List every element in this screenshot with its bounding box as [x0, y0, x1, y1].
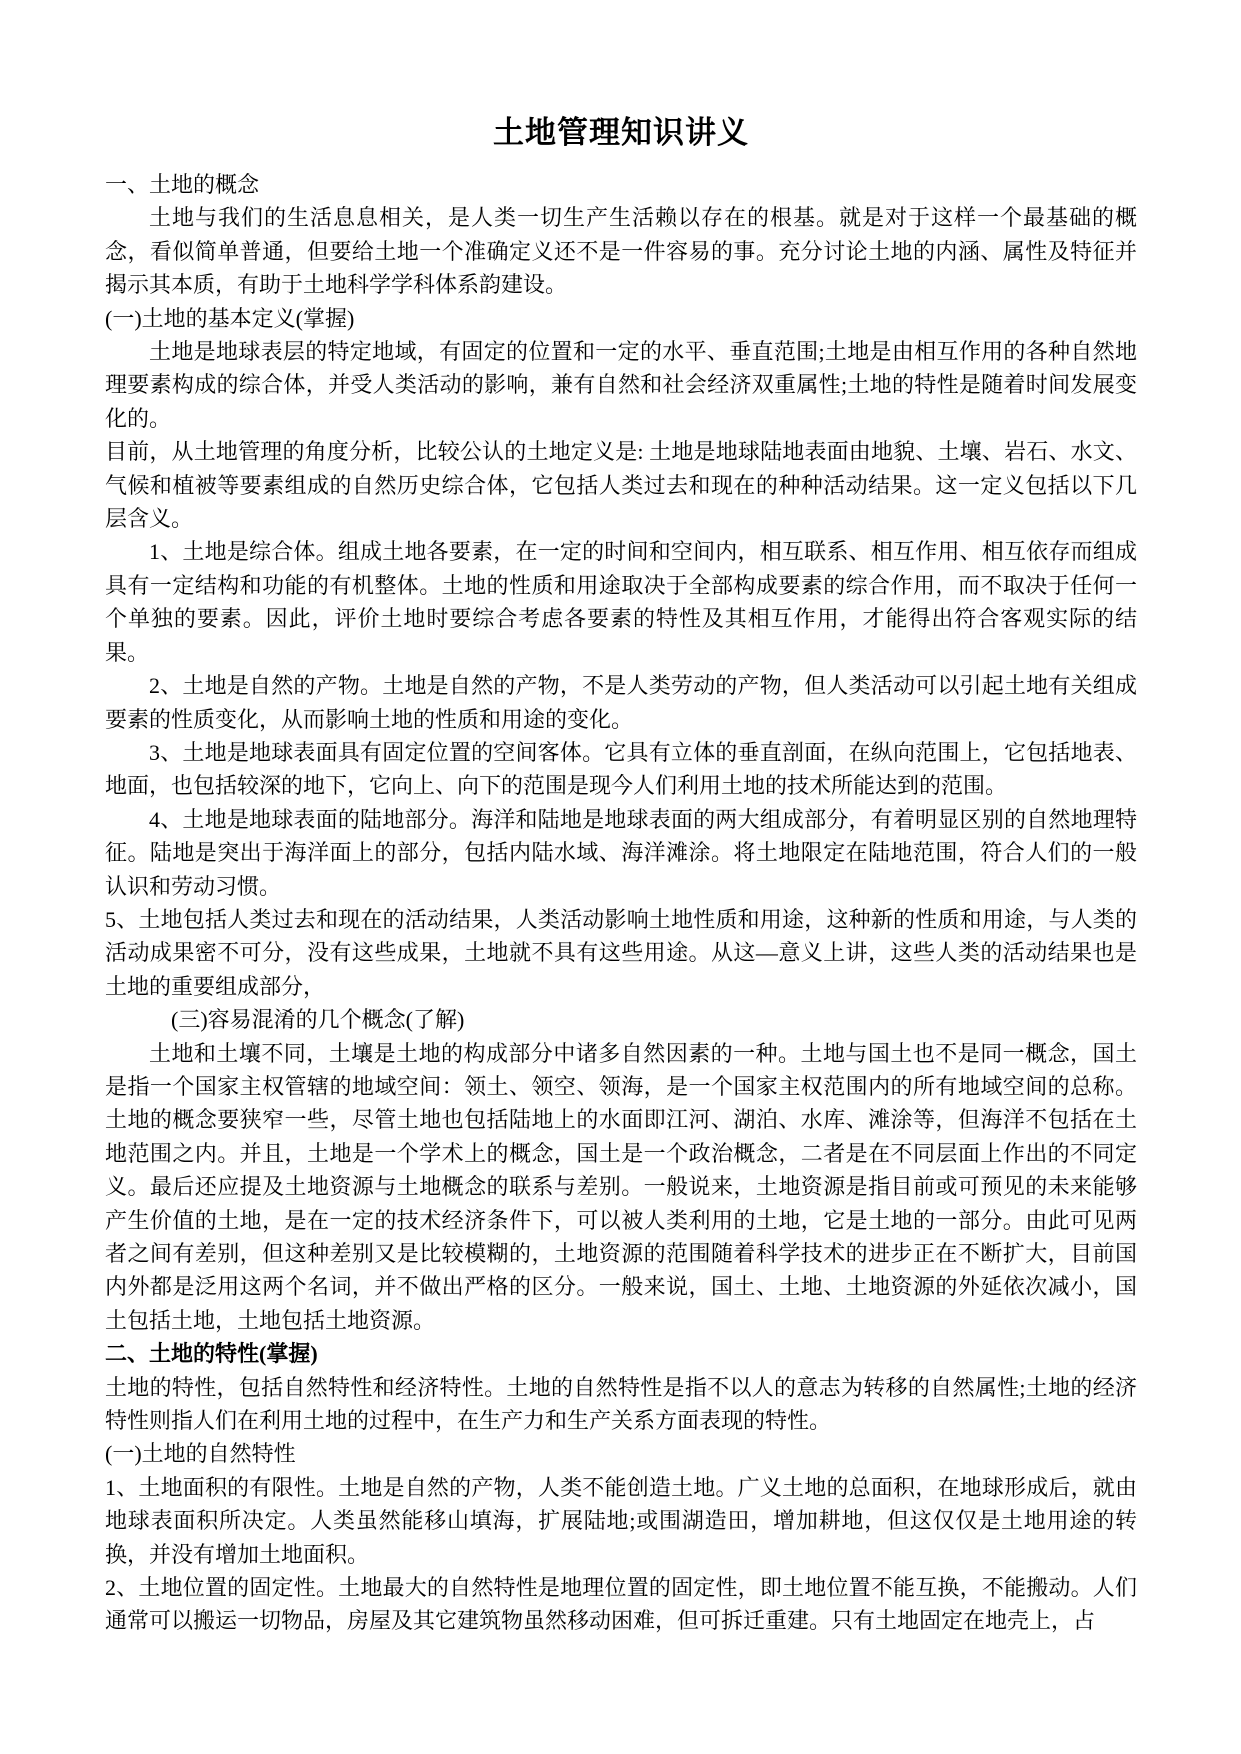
paragraph-3: 土地是地球表层的特定地域，有固定的位置和一定的水平、垂直范围;土地是由相互作用的… — [105, 335, 1137, 435]
paragraph-8: 4、土地是地球表面的陆地部分。海洋和陆地是地球表面的两大组成部分，有着明显区别的… — [105, 803, 1137, 903]
paragraph-14: (一)土地的自然特性 — [105, 1437, 1137, 1470]
document-content: 土地管理知识讲义 一、土地的概念土地与我们的生活息息相关，是人类一切生产生活赖以… — [105, 110, 1137, 1638]
paragraph-5: 1、土地是综合体。组成土地各要素，在一定的时间和空间内，相互联系、相互作用、相互… — [105, 535, 1137, 669]
paragraph-1: 土地与我们的生活息息相关，是人类一切生产生活赖以存在的根基。就是对于这样一个最基… — [105, 201, 1137, 301]
paragraph-0: 一、土地的概念 — [105, 168, 1137, 201]
paragraph-16: 2、土地位置的固定性。土地最大的自然特性是地理位置的固定性，即土地位置不能互换，… — [105, 1571, 1137, 1638]
document-body: 一、土地的概念土地与我们的生活息息相关，是人类一切生产生活赖以存在的根基。就是对… — [105, 168, 1137, 1638]
paragraph-9: 5、土地包括人类过去和现在的活动结果，人类活动影响土地性质和用途，这种新的性质和… — [105, 903, 1137, 1003]
paragraph-11: 土地和土壤不同，土壤是土地的构成部分中诸多自然因素的一种。土地与国土也不是同一概… — [105, 1037, 1137, 1338]
document-title: 土地管理知识讲义 — [105, 110, 1137, 156]
paragraph-13: 土地的特性，包括自然特性和经济特性。土地的自然特性是指不以人的意志为转移的自然属… — [105, 1371, 1137, 1438]
paragraph-10: (三)容易混淆的几个概念(了解) — [105, 1003, 1137, 1036]
document-page: 土地管理知识讲义 一、土地的概念土地与我们的生活息息相关，是人类一切生产生活赖以… — [0, 0, 1241, 1754]
paragraph-15: 1、土地面积的有限性。土地是自然的产物，人类不能创造土地。广义土地的总面积，在地… — [105, 1471, 1137, 1571]
paragraph-7: 3、土地是地球表面具有固定位置的空间客体。它具有立体的垂直剖面，在纵向范围上，它… — [105, 736, 1137, 803]
paragraph-6: 2、土地是自然的产物。土地是自然的产物，不是人类劳动的产物，但人类活动可以引起土… — [105, 669, 1137, 736]
paragraph-12: 二、土地的特性(掌握) — [105, 1337, 1137, 1370]
paragraph-2: (一)土地的基本定义(掌握) — [105, 302, 1137, 335]
paragraph-4: 目前，从土地管理的角度分析，比较公认的土地定义是: 土地是地球陆地表面由地貌、土… — [105, 435, 1137, 535]
